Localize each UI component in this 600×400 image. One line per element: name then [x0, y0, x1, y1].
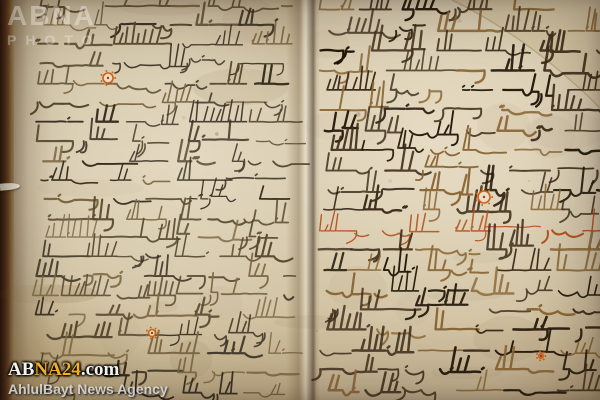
photo-vignette: [0, 0, 600, 400]
abna24-part-gold: NA24: [34, 359, 80, 380]
watermark-abna24: ABNA24.com AhlulBayt News Agency: [8, 359, 168, 397]
watermark-abna-text: ABNA: [7, 2, 102, 30]
watermark-photo-text: PHOTO: [7, 33, 102, 47]
agency-name: AhlulBayt News Agency: [8, 381, 168, 397]
watermark-abna-photo: ABNA PHOTO: [7, 2, 102, 47]
abna24-logo: ABNA24.com: [8, 359, 168, 381]
manuscript-photo: ABNA PHOTO ABNA24.com AhlulBayt News Age…: [0, 0, 600, 400]
abna24-part-white1: AB: [8, 359, 34, 380]
abna24-part-white2: .com: [81, 359, 120, 380]
